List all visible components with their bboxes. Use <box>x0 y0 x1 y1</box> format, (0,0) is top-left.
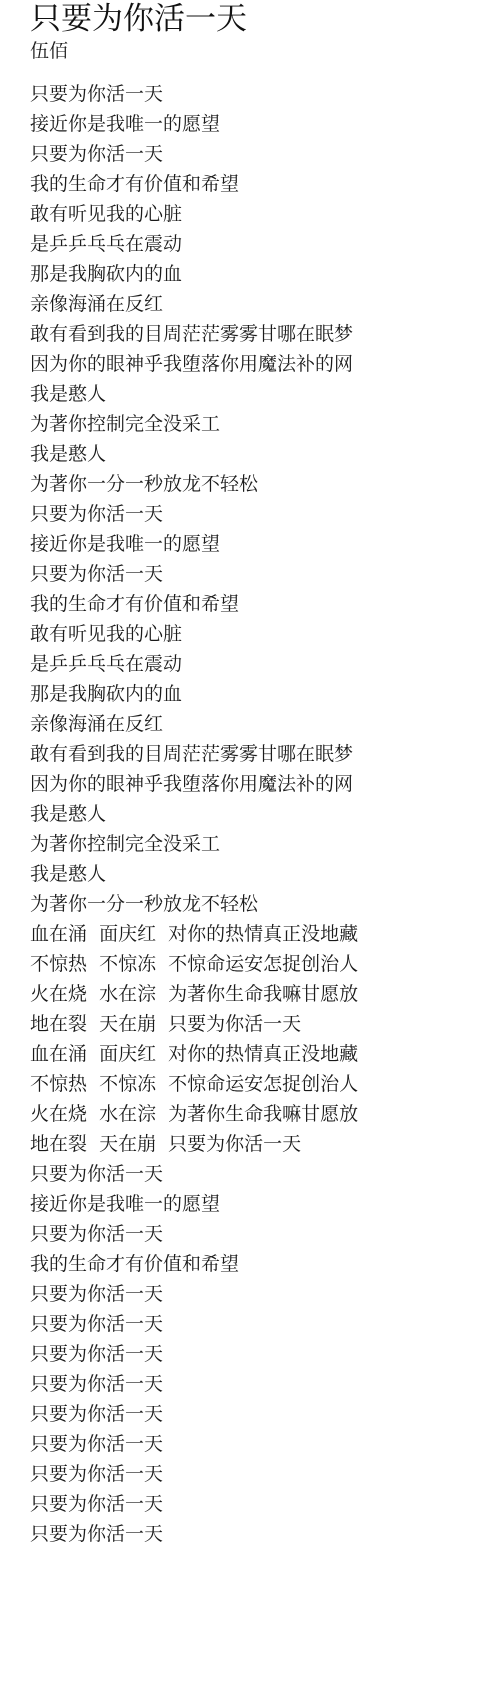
lyric-line: 我的生命才有价值和希望 <box>30 1249 500 1279</box>
song-artist: 伍佰 <box>30 38 500 64</box>
lyric-line: 敢有听见我的心脏 <box>30 619 500 649</box>
lyric-line: 为著你一分一秒放龙不轻松 <box>30 889 500 919</box>
lyric-line: 只要为你活一天 <box>30 559 500 589</box>
lyric-line: 我的生命才有价值和希望 <box>30 589 500 619</box>
lyric-line: 亲像海涌在反红 <box>30 289 500 319</box>
lyric-line: 敢有看到我的目周茫茫雾雾甘哪在眠梦 <box>30 739 500 769</box>
lyric-line: 那是我胸砍内的血 <box>30 679 500 709</box>
lyric-line: 我是憨人 <box>30 439 500 469</box>
lyric-line: 因为你的眼神乎我堕落你用魔法补的网 <box>30 349 500 379</box>
lyric-line: 敢有听见我的心脏 <box>30 199 500 229</box>
lyric-line: 我是憨人 <box>30 859 500 889</box>
lyric-line: 血在涌 面庆红 对你的热情真正没地藏 <box>30 919 500 949</box>
lyric-line: 只要为你活一天 <box>30 1279 500 1309</box>
lyric-line: 只要为你活一天 <box>30 1489 500 1519</box>
lyric-line: 那是我胸砍内的血 <box>30 259 500 289</box>
lyric-line: 只要为你活一天 <box>30 1219 500 1249</box>
lyrics-body: 只要为你活一天接近你是我唯一的愿望只要为你活一天我的生命才有价值和希望敢有听见我… <box>30 79 500 1549</box>
lyric-line: 只要为你活一天 <box>30 1369 500 1399</box>
lyric-line: 只要为你活一天 <box>30 1399 500 1429</box>
lyric-line: 只要为你活一天 <box>30 1159 500 1189</box>
lyric-line: 只要为你活一天 <box>30 79 500 109</box>
lyric-line: 接近你是我唯一的愿望 <box>30 109 500 139</box>
lyric-line: 血在涌 面庆红 对你的热情真正没地藏 <box>30 1039 500 1069</box>
lyric-line: 因为你的眼神乎我堕落你用魔法补的网 <box>30 769 500 799</box>
lyric-line: 不惊热 不惊冻 不惊命运安怎捉创治人 <box>30 1069 500 1099</box>
lyric-line: 亲像海涌在反红 <box>30 709 500 739</box>
lyric-line: 火在烧 水在淙 为著你生命我嘛甘愿放 <box>30 979 500 1009</box>
lyric-line: 只要为你活一天 <box>30 1519 500 1549</box>
lyric-line: 接近你是我唯一的愿望 <box>30 1189 500 1219</box>
lyric-line: 为著你控制完全没采工 <box>30 829 500 859</box>
lyric-line: 只要为你活一天 <box>30 1339 500 1369</box>
lyric-line: 地在裂 天在崩 只要为你活一天 <box>30 1009 500 1039</box>
lyric-line: 我的生命才有价值和希望 <box>30 169 500 199</box>
lyric-line: 敢有看到我的目周茫茫雾雾甘哪在眠梦 <box>30 319 500 349</box>
lyric-line: 火在烧 水在淙 为著你生命我嘛甘愿放 <box>30 1099 500 1129</box>
lyric-line: 是乒乒乓乓在震动 <box>30 649 500 679</box>
lyric-line: 为著你一分一秒放龙不轻松 <box>30 469 500 499</box>
song-title: 只要为你活一天 <box>30 0 500 38</box>
lyric-line: 接近你是我唯一的愿望 <box>30 529 500 559</box>
lyric-line: 为著你控制完全没采工 <box>30 409 500 439</box>
lyric-line: 只要为你活一天 <box>30 499 500 529</box>
lyric-line: 我是憨人 <box>30 379 500 409</box>
lyric-line: 我是憨人 <box>30 799 500 829</box>
lyric-line: 只要为你活一天 <box>30 139 500 169</box>
lyric-line: 地在裂 天在崩 只要为你活一天 <box>30 1129 500 1159</box>
lyric-line: 只要为你活一天 <box>30 1459 500 1489</box>
lyric-line: 只要为你活一天 <box>30 1429 500 1459</box>
lyrics-page: 只要为你活一天 伍佰 只要为你活一天接近你是我唯一的愿望只要为你活一天我的生命才… <box>0 0 500 1549</box>
lyric-line: 是乒乒乓乓在震动 <box>30 229 500 259</box>
lyric-line: 不惊热 不惊冻 不惊命运安怎捉创治人 <box>30 949 500 979</box>
lyric-line: 只要为你活一天 <box>30 1309 500 1339</box>
